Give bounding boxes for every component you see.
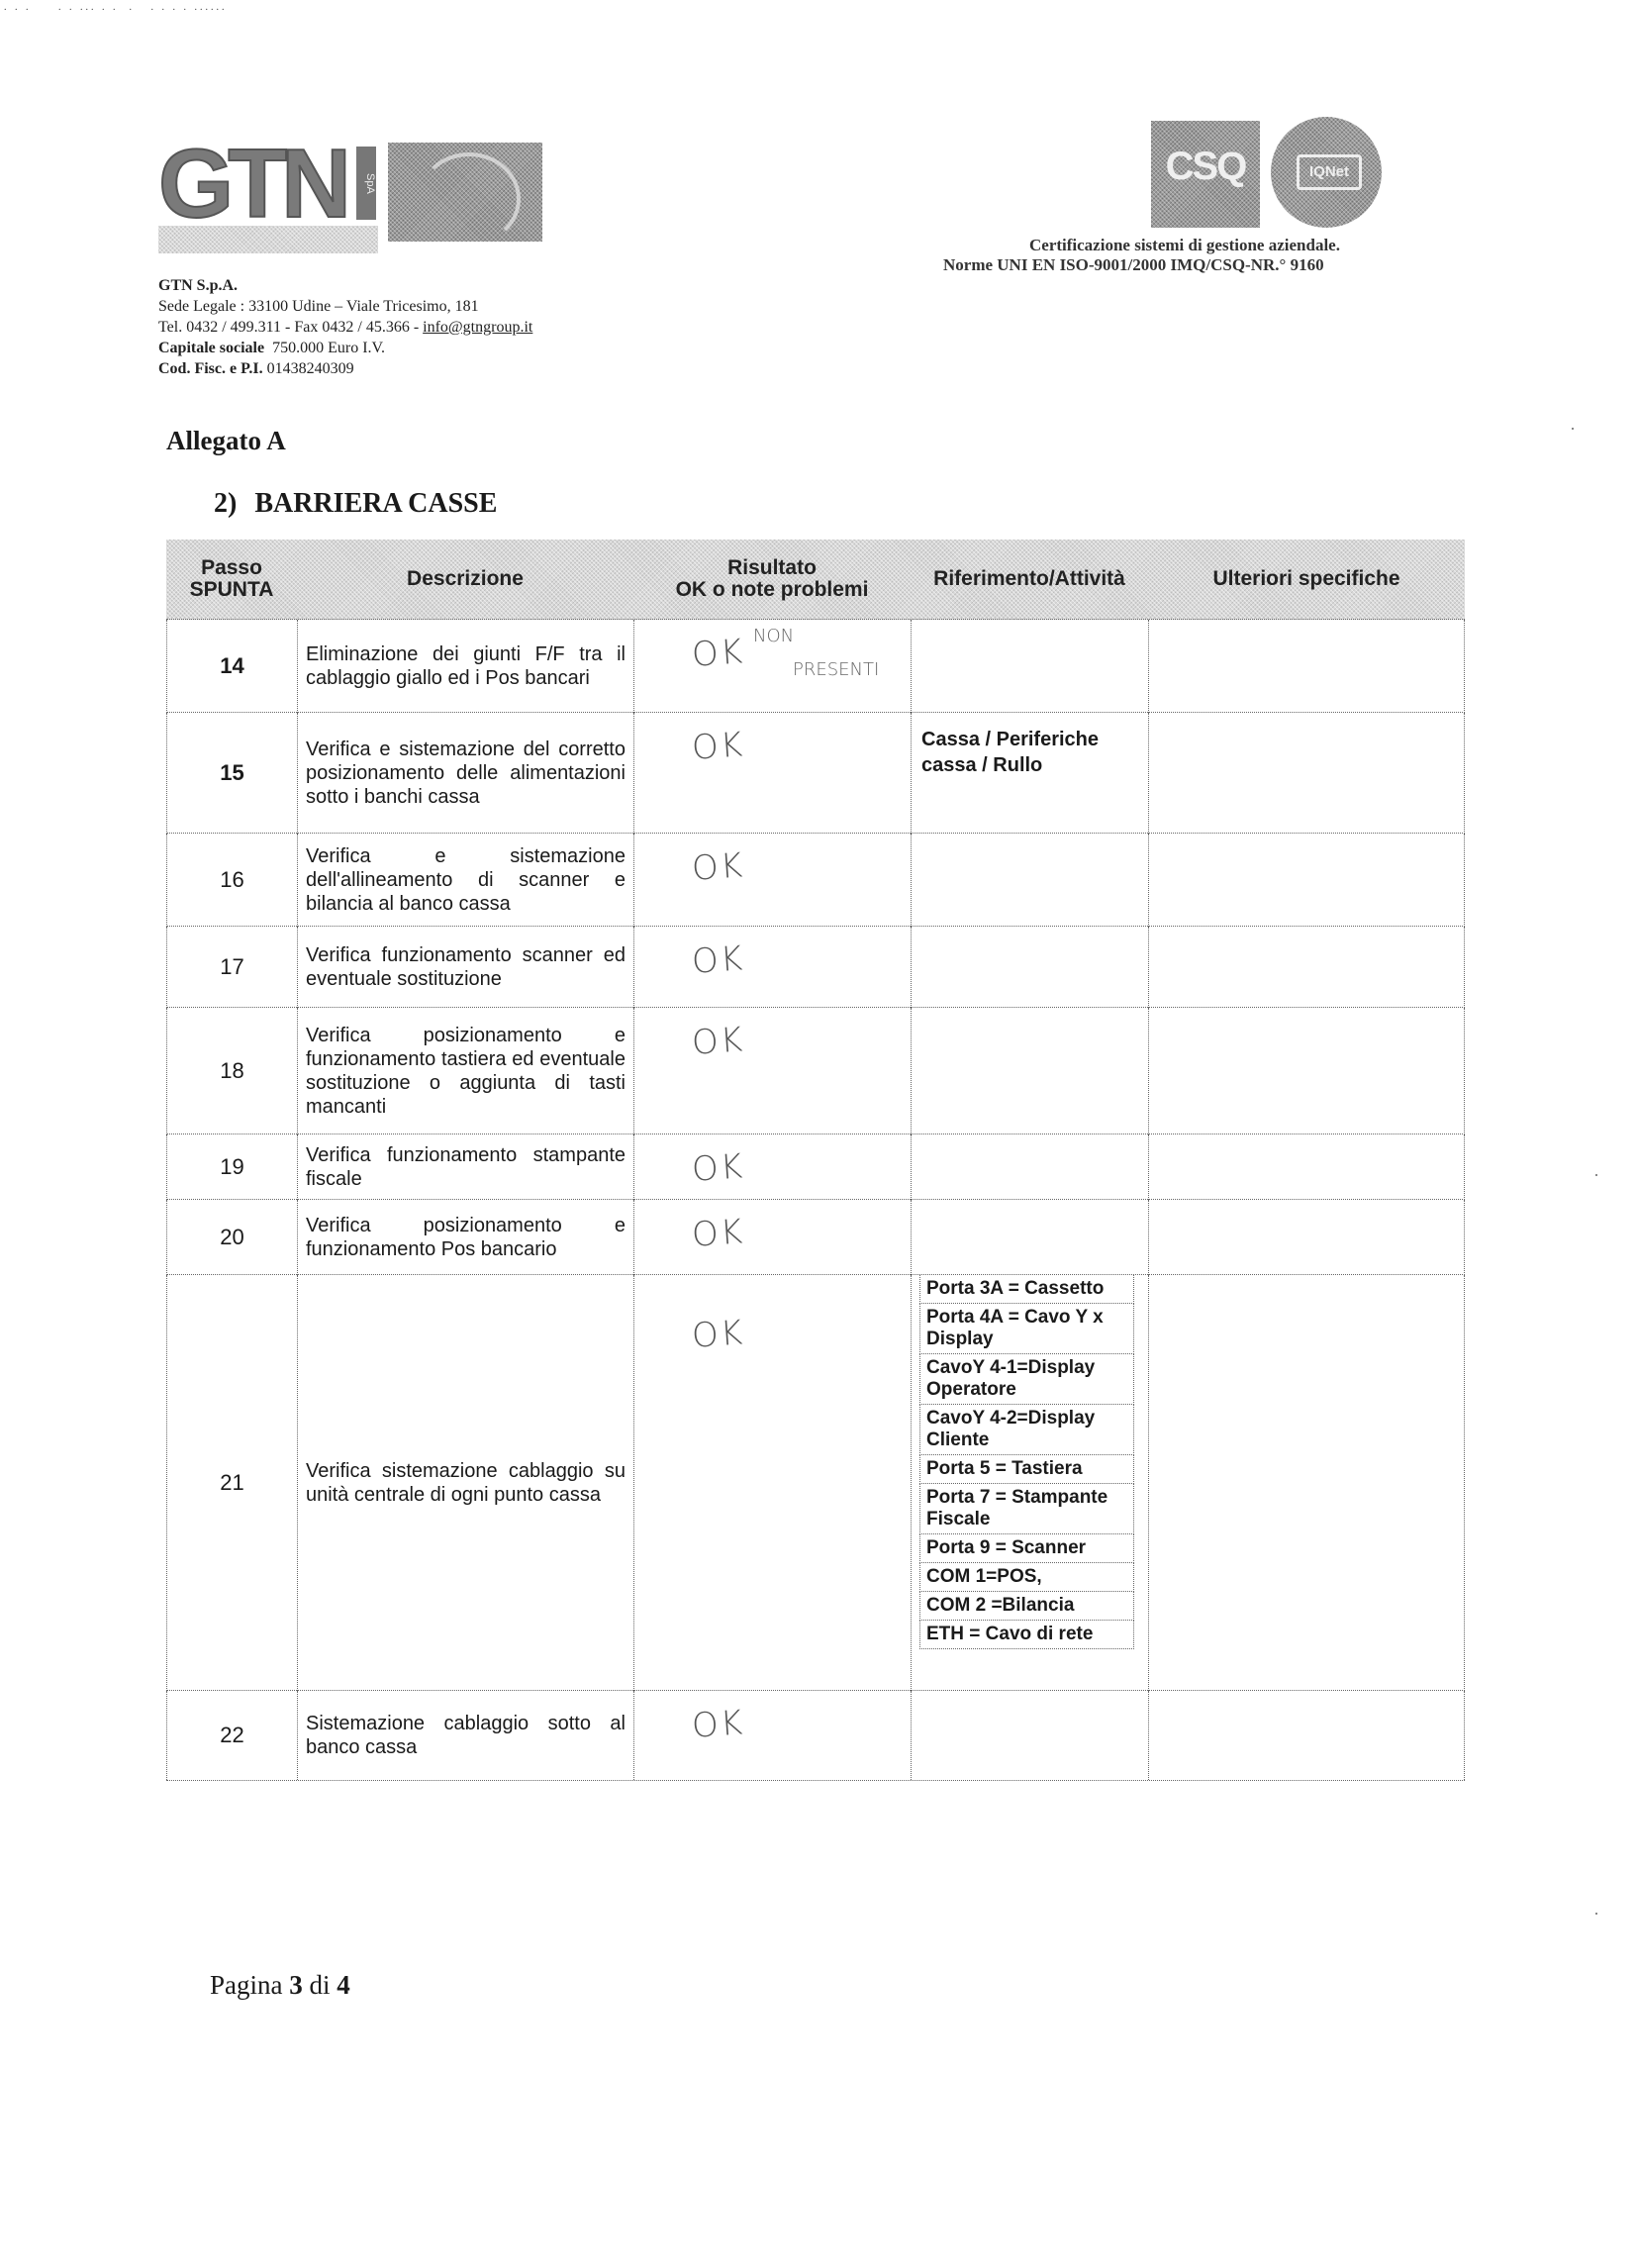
result-field[interactable]: OK (633, 834, 911, 927)
step-description: Verifica sistemazione cablaggio su unità… (297, 1275, 633, 1691)
page-number: Pagina 3 di 4 (210, 1970, 350, 2001)
reference-cell (911, 1691, 1148, 1780)
section-number: 2) (214, 488, 237, 519)
column-header-specs: Ulteriori specifiche (1148, 540, 1465, 619)
reference-cell (911, 1134, 1148, 1200)
certification-norms: Norme UNI EN ISO-9001/2000 IMQ/CSQ-NR.° … (943, 255, 1324, 275)
step-description: Verifica e sistemazione del corretto pos… (297, 713, 633, 834)
result-field[interactable]: OK (633, 1275, 911, 1691)
table-row: 21Verifica sistemazione cablaggio su uni… (166, 1274, 1465, 1691)
port-mapping-item: Porta 5 = Tastiera (919, 1455, 1134, 1484)
handwritten-result: OK (691, 1703, 746, 1746)
section-name: BARRIERA CASSE (254, 488, 497, 519)
logo-underbar (158, 226, 378, 253)
handwritten-note: NON (753, 626, 794, 646)
port-mapping-item: Porta 9 = Scanner (919, 1534, 1134, 1563)
company-capital: Capitale sociale 750.000 Euro I.V. (158, 338, 532, 358)
description-text: Verifica e sistemazione dell'allineament… (306, 844, 626, 916)
step-number: 14 (166, 620, 297, 713)
reference-cell (911, 1200, 1148, 1275)
result-field[interactable]: OK (633, 1200, 911, 1275)
table-row: 19Verifica funzionamento stampante fisca… (166, 1134, 1465, 1200)
specs-cell (1148, 1200, 1465, 1275)
description-text: Verifica e sistemazione del corretto pos… (306, 738, 626, 809)
port-mapping-item: Porta 7 = Stampante Fiscale (919, 1484, 1134, 1534)
step-description: Verifica e sistemazione dell'allineament… (297, 834, 633, 927)
step-number: 22 (166, 1691, 297, 1780)
result-field[interactable]: OK (633, 713, 911, 834)
e-swoosh-logo-icon (388, 143, 542, 242)
company-name: GTN S.p.A. (158, 277, 238, 294)
gtn-wordmark: GTN (158, 139, 345, 228)
company-fiscal: Cod. Fisc. e P.I. 01438240309 (158, 358, 532, 379)
result-field[interactable]: OK (633, 1008, 911, 1134)
reference-cell (911, 834, 1148, 927)
port-mapping-item: COM 2 =Bilancia (919, 1592, 1134, 1621)
handwritten-result: OK (691, 1313, 746, 1356)
certification-text: Certificazione sistemi di gestione azien… (1029, 236, 1340, 255)
specs-cell (1148, 620, 1465, 713)
reference-cell: Cassa / Periferiche cassa / Rullo (911, 713, 1148, 834)
spa-badge: SpA (356, 147, 376, 220)
column-header-description: Descrizione (297, 540, 633, 619)
port-mapping-item: Porta 4A = Cavo Y x Display (919, 1304, 1134, 1354)
handwritten-result: OK (691, 1146, 746, 1190)
result-field[interactable]: OK (633, 927, 911, 1008)
swoosh-icon (418, 152, 521, 246)
company-info: GTN S.p.A. Sede Legale : 33100 Udine – V… (158, 275, 532, 379)
description-text: Verifica funzionamento scanner ed eventu… (306, 943, 626, 991)
reference-cell (911, 1008, 1148, 1134)
port-mapping-item: CavoY 4-2=Display Cliente (919, 1405, 1134, 1455)
scan-artifact: . . . . . ... . . . . . . . ...... (4, 2, 228, 13)
step-number: 16 (166, 834, 297, 927)
specs-cell (1148, 1134, 1465, 1200)
gtn-logo: GTN SpA (158, 139, 594, 247)
description-text: Eliminazione dei giunti F/F tra il cabla… (306, 642, 626, 690)
company-contacts: Tel. 0432 / 499.311 - Fax 0432 / 45.366 … (158, 317, 532, 338)
result-field[interactable]: OKNONPRESENTI (633, 620, 911, 713)
description-text: Verifica posizionamento e funzionamento … (306, 1214, 626, 1261)
handwritten-note: PRESENTI (793, 659, 879, 680)
table-row: 17Verifica funzionamento scanner ed even… (166, 926, 1465, 1008)
step-number: 21 (166, 1275, 297, 1691)
step-number: 20 (166, 1200, 297, 1275)
iqnet-logo: IQNet (1271, 117, 1382, 228)
description-text: Verifica posizionamento e funzionamento … (306, 1024, 626, 1119)
specs-cell (1148, 1275, 1465, 1691)
column-header-result: Risultato OK o note problemi (633, 540, 911, 619)
specs-cell (1148, 1008, 1465, 1134)
step-number: 18 (166, 1008, 297, 1134)
csq-logo-text: CSQ (1157, 145, 1254, 189)
table-row: 20Verifica posizionamento e funzionament… (166, 1199, 1465, 1275)
csq-logo: CSQ (1151, 121, 1260, 228)
handwritten-result: OK (691, 632, 746, 675)
scan-mark (1572, 428, 1574, 430)
step-number: 19 (166, 1134, 297, 1200)
email-link[interactable]: info@gtngroup.it (423, 319, 532, 336)
port-mapping-item: CavoY 4-1=Display Operatore (919, 1354, 1134, 1405)
description-text: Verifica funzionamento stampante fiscale (306, 1143, 626, 1191)
port-mapping-item: ETH = Cavo di rete (919, 1621, 1134, 1649)
handwritten-result: OK (691, 1020, 746, 1063)
iqnet-logo-text: IQNet (1297, 154, 1362, 190)
section-title: 2)BARRIERA CASSE (214, 488, 497, 520)
step-description: Eliminazione dei giunti F/F tra il cabla… (297, 620, 633, 713)
reference-cell: Porta 3A = CassettoPorta 4A = Cavo Y x D… (911, 1275, 1148, 1691)
reference-cell (911, 620, 1148, 713)
table-header: Passo SPUNTA Descrizione Risultato OK o … (166, 540, 1465, 620)
port-mapping-item: COM 1=POS, (919, 1563, 1134, 1592)
table-row: 14Eliminazione dei giunti F/F tra il cab… (166, 619, 1465, 713)
specs-cell (1148, 713, 1465, 834)
specs-cell (1148, 1691, 1465, 1780)
table-row: 16Verifica e sistemazione dell'allineame… (166, 833, 1465, 927)
port-mapping-list: Porta 3A = CassettoPorta 4A = Cavo Y x D… (919, 1275, 1134, 1649)
step-description: Verifica funzionamento scanner ed eventu… (297, 927, 633, 1008)
handwritten-result: OK (691, 938, 746, 982)
scan-mark (1595, 1174, 1597, 1176)
company-address: Sede Legale : 33100 Udine – Viale Trices… (158, 296, 532, 317)
column-header-reference: Riferimento/Attività (911, 540, 1148, 619)
reference-cell (911, 927, 1148, 1008)
result-field[interactable]: OK (633, 1134, 911, 1200)
specs-cell (1148, 927, 1465, 1008)
step-description: Sistemazione cablaggio sotto al banco ca… (297, 1691, 633, 1780)
table-row: 15Verifica e sistemazione del corretto p… (166, 712, 1465, 834)
annex-title: Allegato A (166, 426, 286, 456)
handwritten-result: OK (691, 725, 746, 768)
step-description: Verifica posizionamento e funzionamento … (297, 1200, 633, 1275)
port-mapping-item: Porta 3A = Cassetto (919, 1275, 1134, 1304)
table-row: 18Verifica posizionamento e funzionament… (166, 1007, 1465, 1134)
result-field[interactable]: OK (633, 1691, 911, 1780)
table-row: 22Sistemazione cablaggio sotto al banco … (166, 1690, 1465, 1781)
step-description: Verifica funzionamento stampante fiscale (297, 1134, 633, 1200)
step-description: Verifica posizionamento e funzionamento … (297, 1008, 633, 1134)
scan-mark (1595, 1913, 1597, 1915)
step-number: 17 (166, 927, 297, 1008)
column-header-step: Passo SPUNTA (166, 540, 297, 619)
handwritten-result: OK (691, 845, 746, 889)
description-text: Sistemazione cablaggio sotto al banco ca… (306, 1712, 626, 1759)
handwritten-result: OK (691, 1212, 746, 1255)
specs-cell (1148, 834, 1465, 927)
description-text: Verifica sistemazione cablaggio su unità… (306, 1459, 626, 1507)
step-number: 15 (166, 713, 297, 834)
